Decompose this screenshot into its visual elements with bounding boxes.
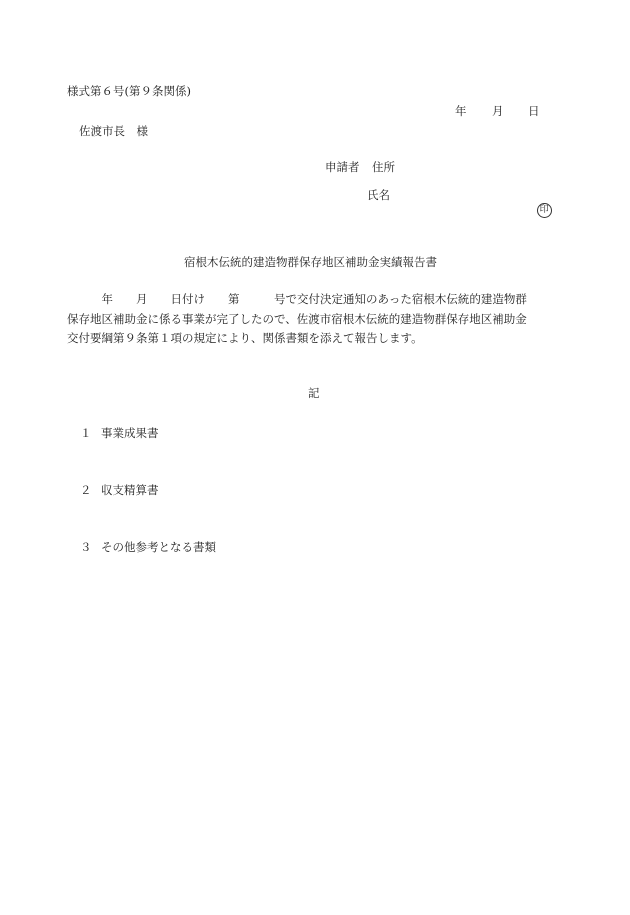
item-number: １ (80, 426, 92, 440)
date-day: 日 (528, 104, 540, 118)
item-label: 収支精算書 (101, 483, 159, 497)
addressee: 佐渡市長 様 (79, 124, 148, 138)
document-title: 宿根木伝統的建造物群保存地区補助金実績報告書 (184, 255, 437, 269)
item-number: ２ (80, 483, 92, 497)
applicant-address-label: 住所 (372, 160, 395, 174)
form-number: 様式第６号(第９条関係) (67, 84, 191, 98)
date-month: 月 (492, 104, 504, 118)
seal-mark: 印 (522, 187, 552, 232)
seal-icon: 印 (537, 203, 552, 218)
body-line: 交付要綱第９条第１項の規定により、関係書類を添えて報告します。 (67, 329, 567, 349)
body-line: 年 月 日付け 第 号で交付決定通知のあった宿根木伝統的建造物群 (67, 290, 567, 310)
applicant-name-label: 氏名 (367, 188, 390, 202)
ki-heading: 記 (308, 386, 320, 400)
body-line: 保存地区補助金に係る事業が完了したので、佐渡市宿根木伝統的建造物群保存地区補助金 (67, 310, 567, 330)
date-year: 年 (455, 104, 467, 118)
item-number: ３ (80, 540, 92, 554)
item-label: 事業成果書 (101, 426, 159, 440)
body-paragraph: 年 月 日付け 第 号で交付決定通知のあった宿根木伝統的建造物群 保存地区補助金… (67, 290, 567, 349)
item-label: その他参考となる書類 (101, 540, 216, 554)
applicant-label: 申請者 (325, 160, 360, 174)
